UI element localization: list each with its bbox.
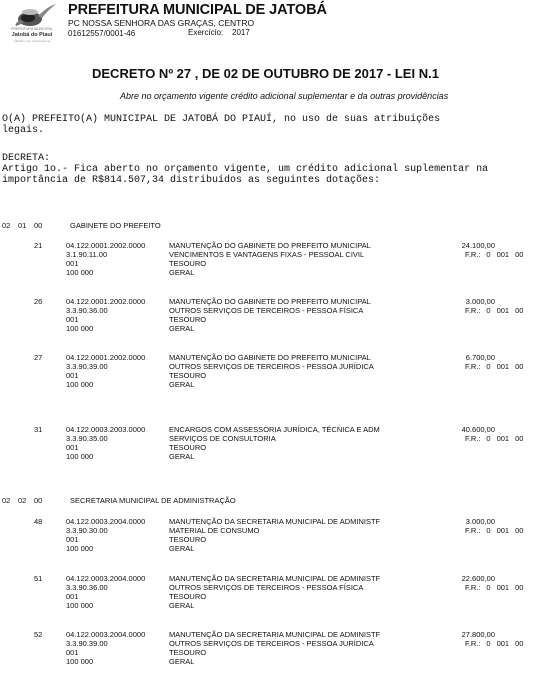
source-code: 001 [66,443,145,452]
fr-code: 001 [497,250,510,259]
section-name: SECRETARIA MUNICIPAL DE ADMINISTRAÇÃO [70,496,236,505]
treasury-label: TESOURO [169,259,371,268]
fr-code: 001 [497,583,510,592]
treasury-label: TESOURO [169,315,371,324]
detail-code: 100 000 [66,380,145,389]
section-code: 01 [18,221,34,230]
fr-code: 0 [486,434,490,443]
fr-code: 00 [515,250,523,259]
dotation-number: 52 [34,630,42,639]
source-code: 001 [66,259,145,268]
dotation-row: 2604.122.0001.2002.00003.3.90.36.0000110… [0,297,540,341]
municipality-address: PC NOSSA SENHORA DAS GRAÇAS, CENTRO [68,18,254,28]
detail-code: 100 000 [66,544,145,553]
funding-source: F.R.:000100 [465,583,529,592]
fr-code: 0 [486,639,490,648]
exercise-value: 2017 [232,28,250,37]
funding-source: F.R.:000100 [465,362,529,371]
fr-code: 0 [486,583,490,592]
section-name: GABINETE DO PREFEITO [70,221,161,230]
fr-code: 001 [497,526,510,535]
section-header: 020100GABINETE DO PREFEITO [2,221,161,230]
municipality-cnpj: 01612557/0001-46 [68,29,135,38]
dotation-descriptions: MANUTENÇÃO DA SECRETARIA MUNICIPAL DE AD… [169,574,380,610]
municipality-title: PREFEITURA MUNICIPAL DE JATOBÁ [68,2,327,18]
expense-description: OUTROS SERVIÇOS DE TERCEIROS - PESSOA FÍ… [169,306,371,315]
decree-ementa: Abre no orçamento vigente crédito adicio… [120,91,448,101]
funding-source: F.R.:000100 [465,434,529,443]
detail-code: 100 000 [66,657,145,666]
fr-label: F.R.: [465,306,480,315]
general-label: GERAL [169,324,371,333]
dotation-descriptions: ENCARGOS COM ASSESSORIA JURÍDICA, TÉCNIC… [169,425,380,461]
detail-code: 100 000 [66,324,145,333]
source-code: 001 [66,535,145,544]
element-code: 3.3.90.30.00 [66,526,145,535]
dotation-number: 27 [34,353,42,362]
action-description: MANUTENÇÃO DO GABINETE DO PREFEITO MUNIC… [169,241,371,250]
article-1: Artigo 1o.- Fica aberto no orçamento vig… [2,164,488,186]
action-description: MANUTENÇÃO DO GABINETE DO PREFEITO MUNIC… [169,297,371,306]
funding-source: F.R.:000100 [465,639,529,648]
fr-label: F.R.: [465,583,480,592]
dotation-descriptions: MANUTENÇÃO DO GABINETE DO PREFEITO MUNIC… [169,353,374,389]
action-description: MANUTENÇÃO DO GABINETE DO PREFEITO MUNIC… [169,353,374,362]
general-label: GERAL [169,380,374,389]
dotation-value: 3.000,00 [415,517,495,526]
section-code: 02 [2,496,18,505]
dotation-value: 22.600,00 [415,574,495,583]
dotation-value: 27.800,00 [415,630,495,639]
element-code: 3.3.90.39.00 [66,362,145,371]
section-code: 00 [34,221,50,230]
dotation-descriptions: MANUTENÇÃO DO GABINETE DO PREFEITO MUNIC… [169,241,371,277]
funding-source: F.R.:000100 [465,526,529,535]
dotation-value: 3.000,00 [415,297,495,306]
fr-code: 0 [486,362,490,371]
logo-name: Jatobá do Piauí [2,32,62,38]
section-code: 02 [2,221,18,230]
dotation-descriptions: MANUTENÇÃO DA SECRETARIA MUNICIPAL DE AD… [169,517,380,553]
decree-title: DECRETO Nº 27 , DE 02 DE OUTUBRO DE 2017… [92,66,439,81]
action-description: MANUTENÇÃO DA SECRETARIA MUNICIPAL DE AD… [169,574,380,583]
logo-caption: PREFEITURA MUNICIPAL [2,27,62,31]
fr-label: F.R.: [465,250,480,259]
treasury-label: TESOURO [169,648,380,657]
dotation-codes: 04.122.0003.2004.00003.3.90.30.00001100 … [66,517,145,553]
element-code: 3.3.90.39.00 [66,639,145,648]
treasury-label: TESOURO [169,443,380,452]
fr-code: 00 [515,526,523,535]
dotation-row: 5204.122.0003.2004.00003.3.90.39.0000110… [0,630,540,674]
treasury-label: TESOURO [169,371,374,380]
dotation-number: 31 [34,425,42,434]
dotation-row: 3104.122.0003.2003.00003.3.90.35.0000110… [0,425,540,469]
element-code: 3.3.90.35.00 [66,434,145,443]
general-label: GERAL [169,544,380,553]
decree-preamble: O(A) PREFEITO(A) MUNICIPAL DE JATOBÁ DO … [2,114,440,136]
dotation-number: 51 [34,574,42,583]
detail-code: 100 000 [66,268,145,277]
dotation-number: 26 [34,297,42,306]
exercise-label: Exercício: [188,28,223,37]
program-code: 04.122.0003.2004.0000 [66,630,145,639]
dotation-descriptions: MANUTENÇÃO DO GABINETE DO PREFEITO MUNIC… [169,297,371,333]
decreta-label: DECRETA: [2,153,50,164]
dotation-row: 5104.122.0003.2004.00003.3.90.36.0000110… [0,574,540,618]
dotation-codes: 04.122.0001.2002.00003.1.90.11.00001100 … [66,241,145,277]
fr-code: 00 [515,434,523,443]
dotation-codes: 04.122.0001.2002.00003.3.90.39.00001100 … [66,353,145,389]
source-code: 001 [66,315,145,324]
element-code: 3.3.90.36.00 [66,306,145,315]
general-label: GERAL [169,657,380,666]
general-label: GERAL [169,268,371,277]
dotation-number: 48 [34,517,42,526]
funding-source: F.R.:000100 [465,306,529,315]
section-code: 02 [18,496,34,505]
section-code: 00 [34,496,50,505]
dotation-value: 24.100,00 [415,241,495,250]
program-code: 04.122.0001.2002.0000 [66,353,145,362]
fr-label: F.R.: [465,362,480,371]
element-code: 3.1.90.11.00 [66,250,145,259]
detail-code: 100 000 [66,601,145,610]
detail-code: 100 000 [66,452,145,461]
fr-code: 0 [486,526,490,535]
general-label: GERAL [169,601,380,610]
dotation-codes: 04.122.0003.2003.00003.3.90.35.00001100 … [66,425,145,461]
action-description: MANUTENÇÃO DA SECRETARIA MUNICIPAL DE AD… [169,630,380,639]
element-code: 3.3.90.36.00 [66,583,145,592]
funding-source: F.R.:000100 [465,250,529,259]
dotation-value: 40.600,00 [415,425,495,434]
dotation-row: 2704.122.0001.2002.00003.3.90.39.0000110… [0,353,540,397]
dotation-codes: 04.122.0003.2004.00003.3.90.39.00001100 … [66,630,145,666]
fr-label: F.R.: [465,526,480,535]
treasury-label: TESOURO [169,592,380,601]
dotation-row: 2104.122.0001.2002.00003.1.90.11.0000110… [0,241,540,285]
fr-code: 001 [497,639,510,648]
program-code: 04.122.0003.2004.0000 [66,574,145,583]
fr-code: 00 [515,583,523,592]
expense-description: SERVIÇOS DE CONSULTORIA [169,434,380,443]
dotation-descriptions: MANUTENÇÃO DA SECRETARIA MUNICIPAL DE AD… [169,630,380,666]
program-code: 04.122.0003.2004.0000 [66,517,145,526]
coat-of-arms-bird-icon [2,2,62,30]
expense-description: OUTROS SERVIÇOS DE TERCEIROS - PESSOA FÍ… [169,583,380,592]
expense-description: OUTROS SERVIÇOS DE TERCEIROS - PESSOA JU… [169,362,374,371]
fr-code: 0 [486,306,490,315]
dotation-codes: 04.122.0003.2004.00003.3.90.36.00001100 … [66,574,145,610]
program-code: 04.122.0003.2003.0000 [66,425,145,434]
expense-description: VENCIMENTOS E VANTAGENS FIXAS - PESSOAL … [169,250,371,259]
program-code: 04.122.0001.2002.0000 [66,297,145,306]
fr-label: F.R.: [465,434,480,443]
dotation-codes: 04.122.0001.2002.00003.3.90.36.00001100 … [66,297,145,333]
dotation-value: 6.700,00 [415,353,495,362]
source-code: 001 [66,592,145,601]
fr-code: 00 [515,639,523,648]
action-description: ENCARGOS COM ASSESSORIA JURÍDICA, TÉCNIC… [169,425,380,434]
fr-code: 001 [497,362,510,371]
source-code: 001 [66,371,145,380]
dotation-row: 4804.122.0003.2004.00003.3.90.30.0000110… [0,517,540,561]
fr-code: 00 [515,306,523,315]
fr-code: 001 [497,434,510,443]
expense-description: MATERIAL DE CONSUMO [169,526,380,535]
fr-label: F.R.: [465,639,480,648]
action-description: MANUTENÇÃO DA SECRETARIA MUNICIPAL DE AD… [169,517,380,526]
expense-description: OUTROS SERVIÇOS DE TERCEIROS - PESSOA JU… [169,639,380,648]
program-code: 04.122.0001.2002.0000 [66,241,145,250]
section-header: 020200SECRETARIA MUNICIPAL DE ADMINISTRA… [2,496,236,505]
source-code: 001 [66,648,145,657]
logo-subcaption: trabalho com transparência [2,39,62,43]
treasury-label: TESOURO [169,535,380,544]
dotation-number: 21 [34,241,42,250]
general-label: GERAL [169,452,380,461]
fr-code: 0 [486,250,490,259]
fr-code: 001 [497,306,510,315]
fr-code: 00 [515,362,523,371]
